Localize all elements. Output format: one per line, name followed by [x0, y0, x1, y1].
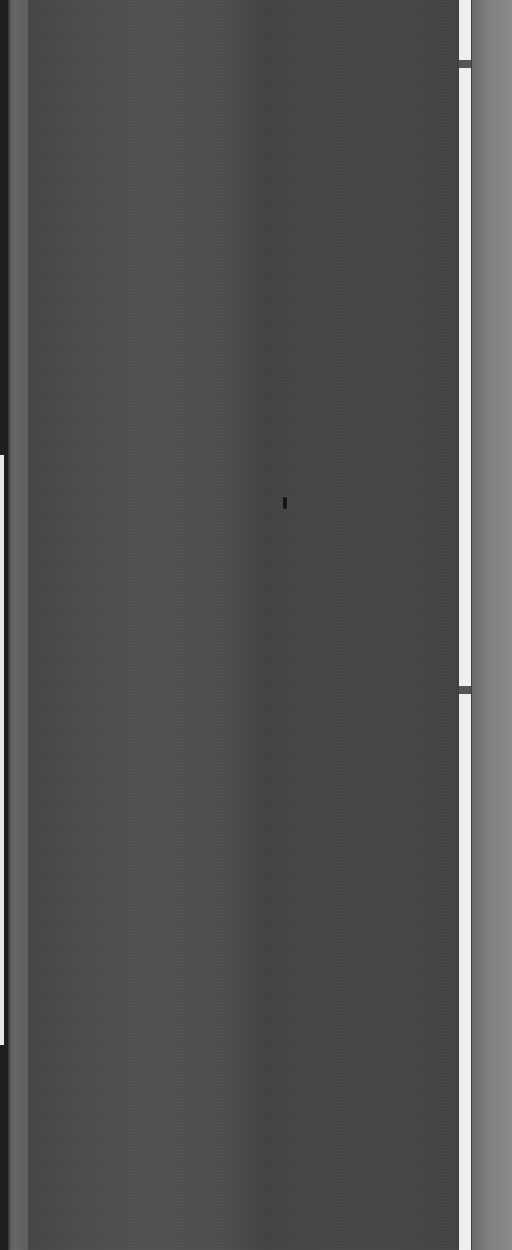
asphalt-texture: [0, 0, 512, 1250]
lane-line-joint: [459, 60, 471, 68]
left-shoulder-band: [10, 0, 28, 1250]
lane-line-segment: [459, 694, 471, 1250]
lane-line-segment: [459, 68, 471, 686]
lane-line-segment: [459, 0, 471, 60]
left-edge-marking: [0, 455, 4, 1045]
lane-line-joint: [459, 686, 471, 694]
road-debris: [283, 497, 287, 509]
right-shoulder: [472, 0, 512, 1250]
road-surface-photo: [0, 0, 512, 1250]
